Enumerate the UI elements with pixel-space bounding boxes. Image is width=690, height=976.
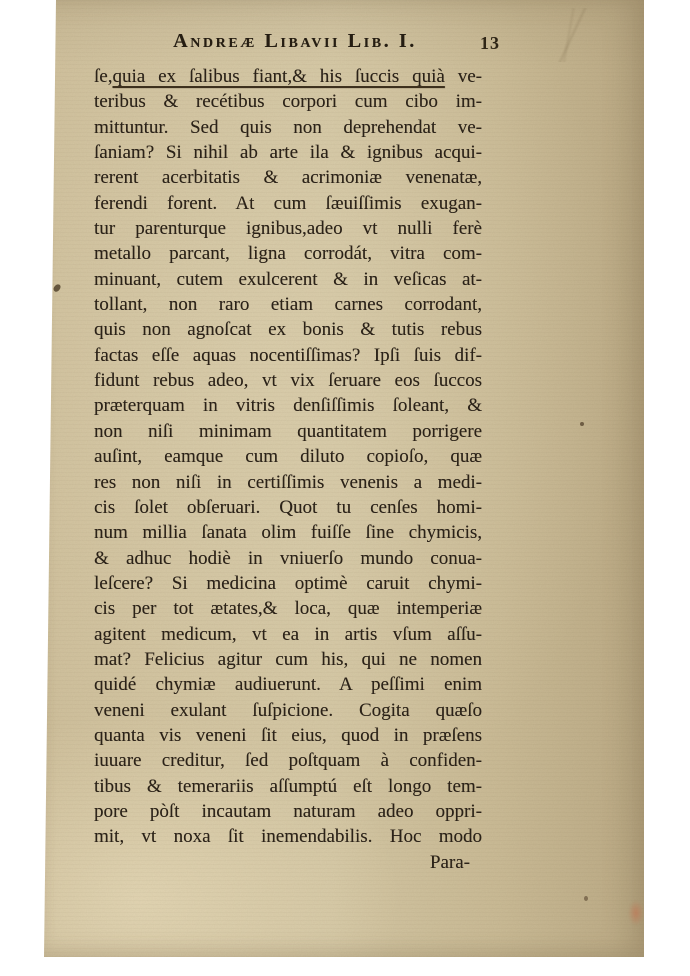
text-line: non niſi minimam quantitatem porrigere — [94, 419, 482, 444]
text-line: & adhuc hodiè in vniuerſo mundo conua- — [94, 546, 482, 571]
text-segment: quanta vis veneni ſit eius, quod in præſ… — [94, 725, 482, 746]
text-line: teribus & recétibus corpori cum cibo im- — [94, 89, 482, 114]
text-segment: tibus & temerariis aſſumptú eſt longo te… — [94, 776, 482, 797]
text-line: auſint, eamque cum diluto copioſo, quæ — [94, 444, 482, 469]
text-segment: minuant, cutem exulcerent & in veſicas a… — [94, 269, 482, 290]
text-segment: rerent acerbitatis & acrimoniæ venenatæ, — [94, 167, 482, 188]
text-segment: ſe, — [94, 66, 112, 87]
text-segment: cis per tot ætates,& loca, quæ intemperi… — [94, 598, 482, 619]
running-title: Andreæ Libavii Lib. I. — [105, 30, 485, 53]
text-segment: ferendi forent. At cum ſæuiſſimis exugan… — [94, 193, 482, 214]
catchword: Para- — [94, 852, 482, 874]
text-line: ferendi forent. At cum ſæuiſſimis exugan… — [94, 191, 482, 216]
text-segment: tollant, non raro etiam carnes corrodant… — [94, 294, 482, 315]
text-line: mat? Felicius agitur cum his, qui ne nom… — [94, 647, 482, 672]
text-line: pore pòſt incautam naturam adeo oppri- — [94, 799, 482, 824]
text-line: metallo parcant, ligna corrodát, vitra c… — [94, 241, 482, 266]
text-segment: pore pòſt incautam naturam adeo oppri- — [94, 801, 482, 822]
text-segment: auſint, eamque cum diluto copioſo, quæ — [94, 446, 482, 467]
text-segment: ſaniam? Si nihil ab arte ila & ignibus a… — [94, 142, 482, 163]
text-line: tollant, non raro etiam carnes corrodant… — [94, 292, 482, 317]
page-number: 13 — [480, 33, 500, 54]
text-segment: res non niſi in certiſſimis venenis a me… — [94, 472, 482, 493]
text-segment: tur parenturque ignibus,adeo vt nulli fe… — [94, 218, 482, 239]
text-line: tibus & temerariis aſſumptú eſt longo te… — [94, 774, 482, 799]
text-line: tur parenturque ignibus,adeo vt nulli fe… — [94, 216, 482, 241]
text-segment: factas eſſe aquas nocentiſſimas? Ipſi ſu… — [94, 345, 482, 366]
ink-speck — [584, 896, 588, 901]
text-segment: iuuare creditur, ſed poſtquam à confiden… — [94, 750, 482, 771]
text-line: factas eſſe aquas nocentiſſimas? Ipſi ſu… — [94, 343, 482, 368]
book-page: Andreæ Libavii Lib. I. 13 ſe,quia ex ſal… — [44, 0, 644, 957]
text-segment: & adhuc hodiè in vniuerſo mundo conua- — [94, 548, 482, 569]
text-segment: veneni exulant ſuſpicione. Cogita quæſo — [94, 700, 482, 721]
ink-speck — [52, 283, 61, 293]
text-line: fidunt rebus adeo, vt vix ſeruare eos ſu… — [94, 368, 482, 393]
paper-stain — [628, 900, 644, 926]
text-segment: teribus & recétibus corpori cum cibo im- — [94, 91, 482, 112]
text-segment: num millia ſanata olim fuiſſe ſine chymi… — [94, 522, 482, 543]
text-segment: fidunt rebus adeo, vt vix ſeruare eos ſu… — [94, 370, 482, 391]
text-line: ſaniam? Si nihil ab arte ila & ignibus a… — [94, 140, 482, 165]
text-line: num millia ſanata olim fuiſſe ſine chymi… — [94, 520, 482, 545]
text-line: veneni exulant ſuſpicione. Cogita quæſo — [94, 698, 482, 723]
text-segment: leſcere? Si medicina optimè caruit chymi… — [94, 573, 482, 594]
text-line: agitent medicum, vt ea in artis vſum aſſ… — [94, 622, 482, 647]
text-line: cis ſolet obſeruari. Quot tu cenſes homi… — [94, 495, 482, 520]
text-line: minuant, cutem exulcerent & in veſicas a… — [94, 267, 482, 292]
text-segment: agitent medicum, vt ea in artis vſum aſſ… — [94, 624, 482, 645]
text-segment: cis ſolet obſeruari. Quot tu cenſes homi… — [94, 497, 482, 518]
body-text: ſe,quia ex ſalibus fiant,& his ſuccis qu… — [94, 64, 482, 850]
text-segment: præterquam in vitris denſiſſimis ſoleant… — [94, 395, 482, 416]
ink-speck — [580, 422, 584, 426]
text-segment: mit, vt noxa ſit inemendabilis. Hoc modo — [94, 826, 482, 847]
text-line: quidé chymiæ audiuerunt. A peſſimi enim — [94, 672, 482, 697]
text-segment: metallo parcant, ligna corrodát, vitra c… — [94, 243, 482, 264]
text-line: ſe,quia ex ſalibus fiant,& his ſuccis qu… — [94, 64, 482, 89]
text-segment: ve- — [445, 66, 482, 87]
text-line: rerent acerbitatis & acrimoniæ venenatæ, — [94, 165, 482, 190]
text-line: cis per tot ætates,& loca, quæ intemperi… — [94, 596, 482, 621]
text-line: res non niſi in certiſſimis venenis a me… — [94, 470, 482, 495]
paper-scratch — [514, 8, 634, 62]
text-line: iuuare creditur, ſed poſtquam à confiden… — [94, 748, 482, 773]
text-line: præterquam in vitris denſiſſimis ſoleant… — [94, 393, 482, 418]
text-line: leſcere? Si medicina optimè caruit chymi… — [94, 571, 482, 596]
text-segment: non niſi minimam quantitatem porrigere — [94, 421, 482, 442]
text-segment: mat? Felicius agitur cum his, qui ne nom… — [94, 649, 482, 670]
text-line: mittuntur. Sed quis non deprehendat ve- — [94, 115, 482, 140]
text-segment: quis non agnoſcat ex bonis & tutis rebus — [94, 319, 482, 340]
text-segment: quidé chymiæ audiuerunt. A peſſimi enim — [94, 674, 482, 695]
text-line: quis non agnoſcat ex bonis & tutis rebus — [94, 317, 482, 342]
text-line: mit, vt noxa ſit inemendabilis. Hoc modo — [94, 824, 482, 849]
text-line: quanta vis veneni ſit eius, quod in præſ… — [94, 723, 482, 748]
text-segment: mittuntur. Sed quis non deprehendat ve- — [94, 117, 482, 138]
underline-annotation: quia ex ſalibus fiant,& his ſuccis quià — [112, 66, 444, 87]
